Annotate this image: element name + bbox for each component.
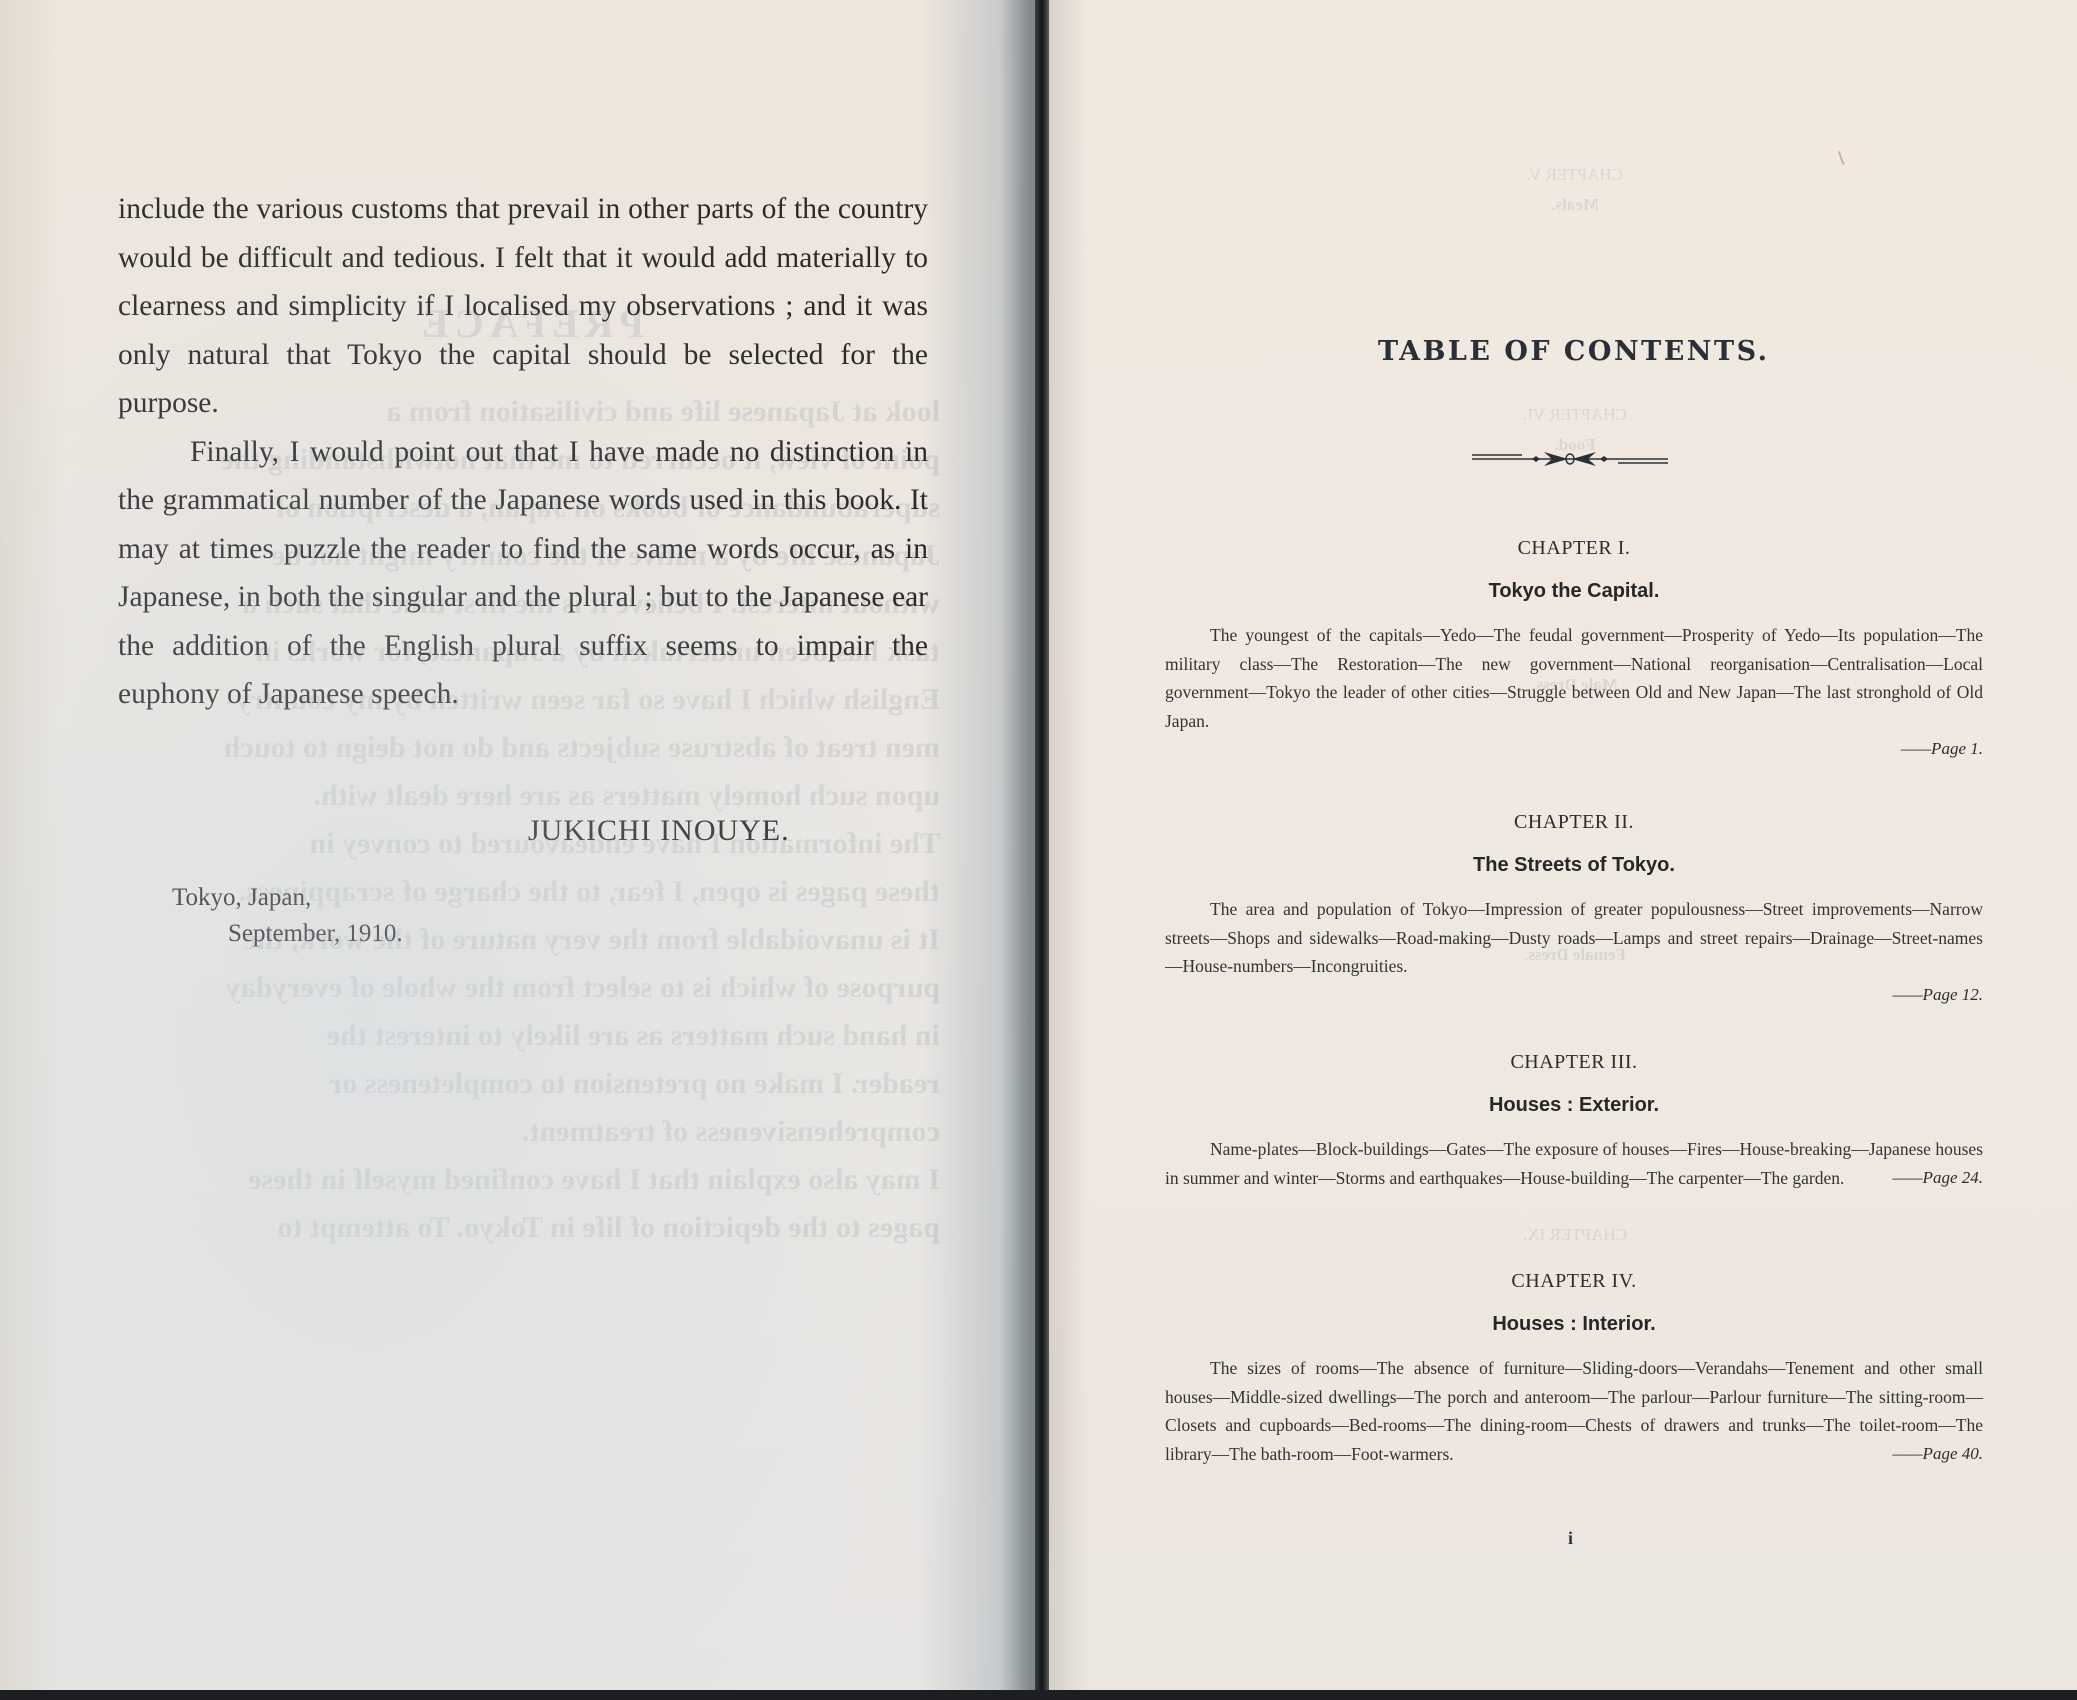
chapter-number: CHAPTER IV.: [1165, 1270, 1983, 1293]
chapter-page-ref: ——Page 1.: [1165, 735, 1983, 763]
toc-entry-chapter-3: CHAPTER III. Houses : Exterior. Name-pla…: [1165, 1051, 1983, 1192]
chapter-number: CHAPTER II.: [1165, 811, 1983, 834]
toc-entry-chapter-4: CHAPTER IV. Houses : Interior. The sizes…: [1165, 1270, 1983, 1468]
chapter-title: Houses : Interior.: [1165, 1313, 1983, 1336]
chapter-title: Tokyo the Capital.: [1165, 580, 1983, 603]
toc-entry-chapter-2: CHAPTER II. The Streets of Tokyo. The ar…: [1165, 811, 1983, 1009]
signature-date: September, 1910.: [228, 920, 403, 948]
bleed-line: reader. I make no pretension to complete…: [120, 1060, 940, 1108]
bleed-line: in hand such matters as are likely to in…: [120, 1012, 940, 1060]
bleed-line: CHAPTER IX.: [1165, 1220, 1985, 1250]
printer-ornament-icon: [1472, 446, 1668, 470]
author-signature: JUKICHI INOUYE.: [528, 814, 790, 848]
toc-heading: TABLE OF CONTENTS.: [1378, 336, 1770, 367]
preface-body: include the various customs that prevail…: [118, 185, 928, 719]
book-gutter: [1035, 0, 1049, 1690]
bleed-line: men treat of abstruse subjects and do no…: [120, 724, 940, 772]
bleed-line: purpose of which is to select from the w…: [120, 964, 940, 1012]
chapter-page-ref: ——Page 12.: [1165, 981, 1983, 1009]
toc-entry-chapter-1: CHAPTER I. Tokyo the Capital. The younge…: [1165, 537, 1983, 763]
chapter-summary: The area and population of Tokyo—Impress…: [1165, 895, 1983, 981]
book-spread: PREFACE look at Japanese life and civili…: [0, 0, 2077, 1690]
chapter-number: CHAPTER III.: [1165, 1051, 1983, 1074]
bleed-line: CHAPTER VI.: [1165, 400, 1985, 430]
chapter-number: CHAPTER I.: [1165, 537, 1983, 560]
preface-paragraph: Finally, I would point out that I have m…: [118, 428, 928, 719]
left-page: PREFACE look at Japanese life and civili…: [0, 0, 1035, 1690]
preface-paragraph: include the various customs that prevail…: [118, 185, 928, 428]
chapter-title: The Streets of Tokyo.: [1165, 854, 1983, 877]
bleed-line: comprehensiveness of treatment.: [120, 1108, 940, 1156]
page-number: i: [1568, 1528, 1573, 1549]
signature-place: Tokyo, Japan,: [172, 884, 311, 912]
bleed-line: I may also explain that I have confined …: [120, 1156, 940, 1204]
page-bottom-edge: [0, 1690, 2077, 1700]
bleed-line: CHAPTER V.: [1165, 160, 1985, 190]
chapter-summary: The youngest of the capitals—Yedo—The fe…: [1165, 621, 1983, 735]
chapter-title: Houses : Exterior.: [1165, 1094, 1983, 1117]
bleed-line: upon such homely matters as are here dea…: [120, 772, 940, 820]
bleed-line: Meals.: [1165, 190, 1985, 220]
bleed-line: pages to the depiction of life in Tokyo.…: [120, 1204, 940, 1252]
